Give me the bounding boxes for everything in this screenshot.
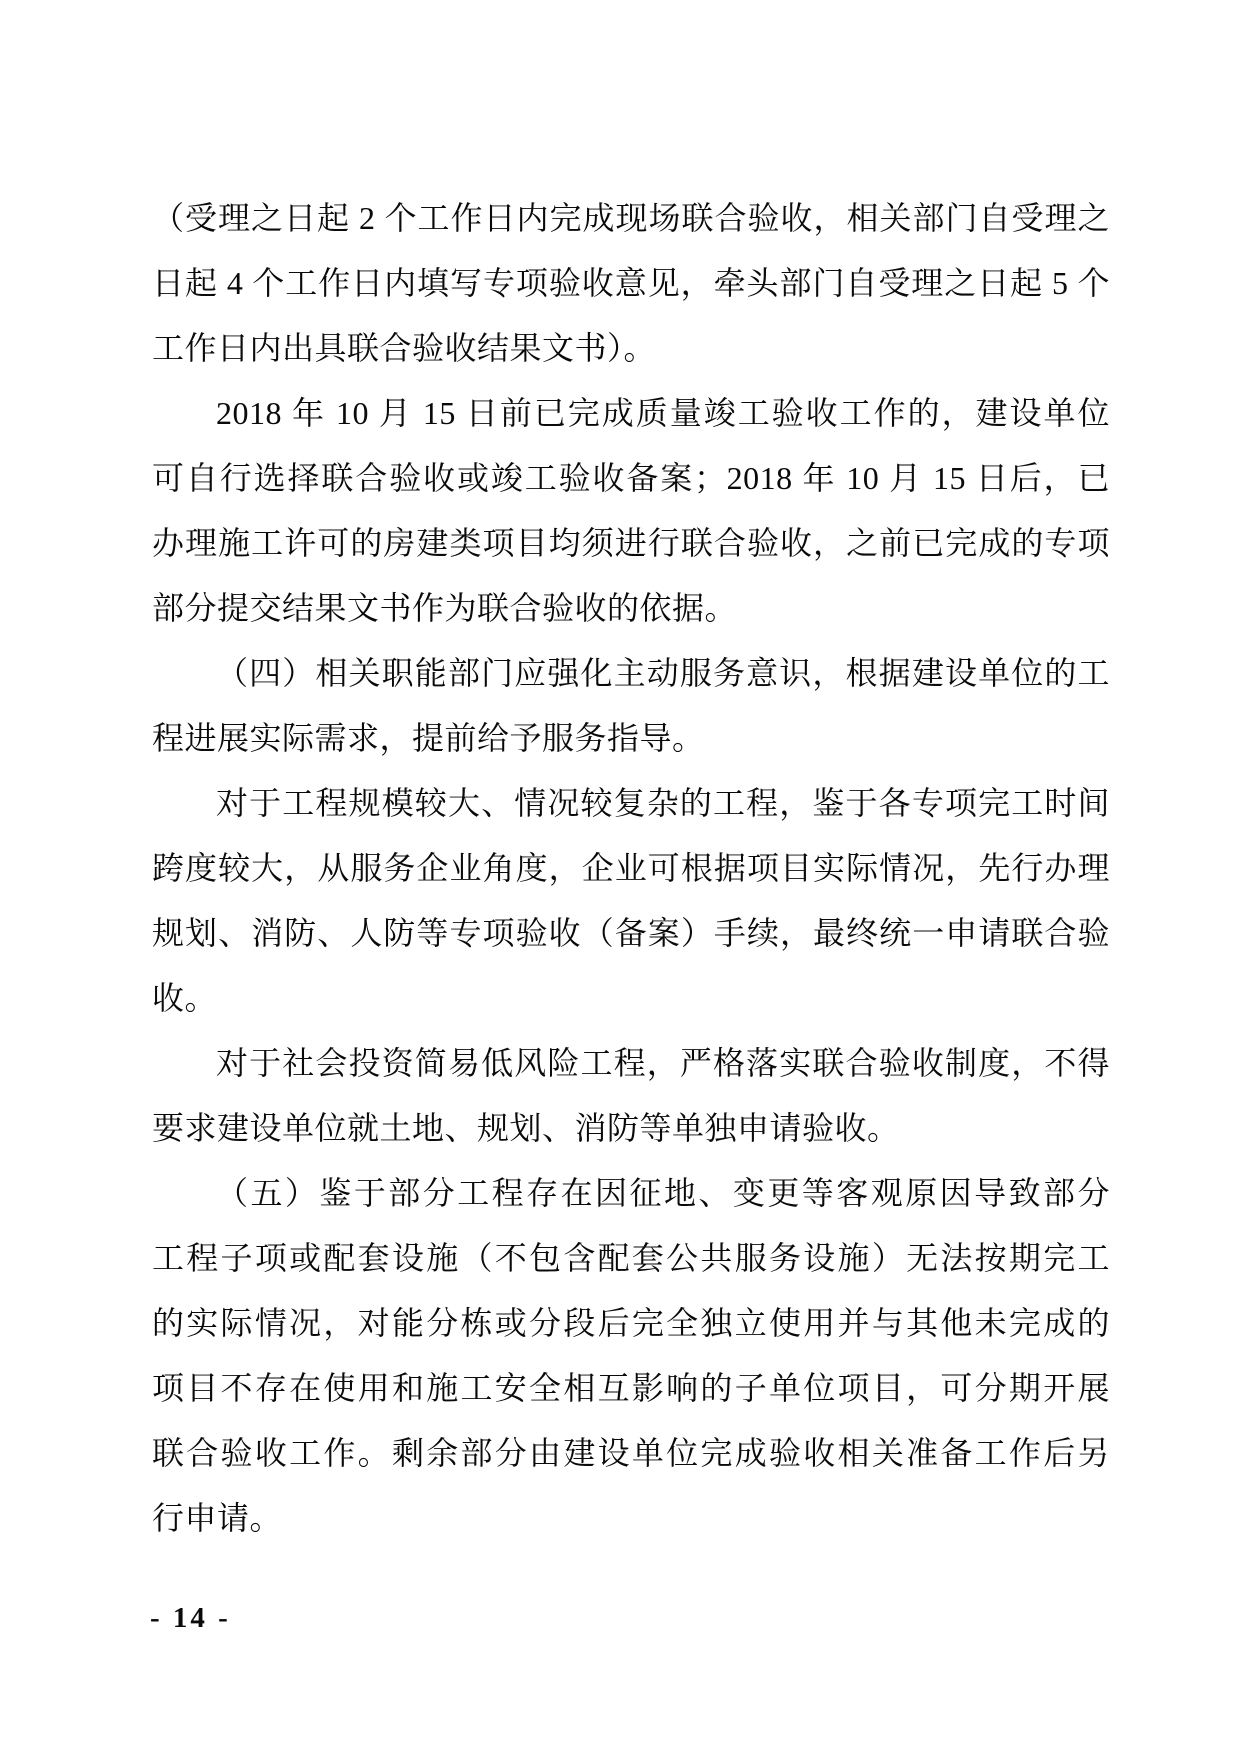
text-line: 行申请。 <box>152 1486 1110 1551</box>
text-line: 对于社会投资简易低风险工程，严格落实联合验收制度，不得 <box>152 1031 1110 1096</box>
text-line: 日起 4 个工作日内填写专项验收意见，牵头部门自受理之日起 5 个 <box>152 251 1110 316</box>
text-line: （五）鉴于部分工程存在因征地、变更等客观原因导致部分 <box>152 1161 1110 1226</box>
document-body: （受理之日起 2 个工作日内完成现场联合验收，相关部门自受理之 日起 4 个工作… <box>152 186 1110 1551</box>
text-line: 联合验收工作。剩余部分由建设单位完成验收相关准备工作后另 <box>152 1421 1110 1486</box>
text-line: 收。 <box>152 966 1110 1031</box>
text-line: （受理之日起 2 个工作日内完成现场联合验收，相关部门自受理之 <box>152 186 1110 251</box>
text-line: 规划、消防、人防等专项验收（备案）手续，最终统一申请联合验 <box>152 901 1110 966</box>
text-line: 跨度较大，从服务企业角度，企业可根据项目实际情况，先行办理 <box>152 836 1110 901</box>
text-line: 2018 年 10 月 15 日前已完成质量竣工验收工作的，建设单位 <box>152 381 1110 446</box>
text-line: 工作日内出具联合验收结果文书）。 <box>152 316 1110 381</box>
text-line: 项目不存在使用和施工安全相互影响的子单位项目，可分期开展 <box>152 1356 1110 1421</box>
text-line: 可自行选择联合验收或竣工验收备案；2018 年 10 月 15 日后，已 <box>152 446 1110 511</box>
text-line: 的实际情况，对能分栋或分段后完全独立使用并与其他未完成的 <box>152 1291 1110 1356</box>
text-line: 程进展实际需求，提前给予服务指导。 <box>152 706 1110 771</box>
text-line: 要求建设单位就土地、规划、消防等单独申请验收。 <box>152 1096 1110 1161</box>
text-line: 工程子项或配套设施（不包含配套公共服务设施）无法按期完工 <box>152 1226 1110 1291</box>
text-line: （四）相关职能部门应强化主动服务意识，根据建设单位的工 <box>152 641 1110 706</box>
document-page: （受理之日起 2 个工作日内完成现场联合验收，相关部门自受理之 日起 4 个工作… <box>0 0 1240 1754</box>
page-number: - 14 - <box>150 1602 231 1635</box>
text-line: 办理施工许可的房建类项目均须进行联合验收，之前已完成的专项 <box>152 511 1110 576</box>
text-line: 对于工程规模较大、情况较复杂的工程，鉴于各专项完工时间 <box>152 771 1110 836</box>
text-line: 部分提交结果文书作为联合验收的依据。 <box>152 576 1110 641</box>
